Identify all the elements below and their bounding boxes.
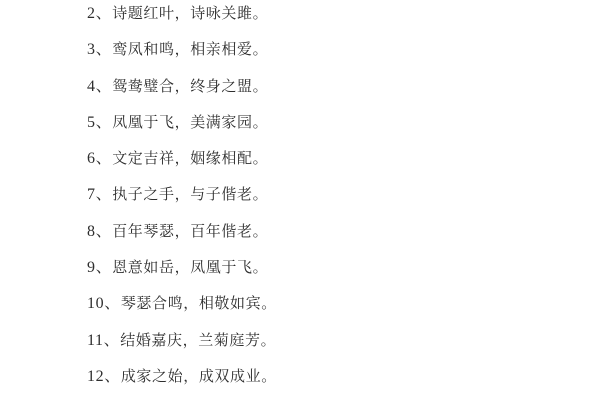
item-number: 8、 <box>87 220 112 244</box>
list-item: 10、琴瑟合鸣，相敬如宾。 <box>87 291 277 327</box>
item-number: 10、 <box>87 292 121 316</box>
item-number: 11、 <box>87 329 120 353</box>
list-item: 6、文定吉祥，姻缘相配。 <box>87 146 277 182</box>
item-number: 12、 <box>87 365 121 389</box>
item-text: 文定吉祥，姻缘相配。 <box>112 149 268 167</box>
item-number: 6、 <box>87 147 112 171</box>
item-text: 结婚嘉庆，兰菊庭芳。 <box>120 331 276 349</box>
item-number: 4、 <box>87 75 112 99</box>
list-item: 2、诗题红叶，诗咏关雎。 <box>87 1 277 37</box>
list-item: 8、百年琴瑟，百年偕老。 <box>87 219 277 255</box>
list-item: 9、恩意如岳，凤凰于飞。 <box>87 255 277 291</box>
list-item: 5、凤凰于飞，美满家园。 <box>87 110 277 146</box>
item-text: 诗题红叶，诗咏关雎。 <box>112 4 268 22</box>
list-item: 4、鸳鸯璧合，终身之盟。 <box>87 74 277 110</box>
document-page: 2、诗题红叶，诗咏关雎。 3、鸾凤和鸣，相亲相爱。 4、鸳鸯璧合，终身之盟。 5… <box>0 0 600 400</box>
item-text: 鸾凤和鸣，相亲相爱。 <box>112 40 268 58</box>
blessing-list: 2、诗题红叶，诗咏关雎。 3、鸾凤和鸣，相亲相爱。 4、鸳鸯璧合，终身之盟。 5… <box>87 1 277 400</box>
item-number: 3、 <box>87 38 112 62</box>
item-text: 恩意如岳，凤凰于飞。 <box>112 258 268 276</box>
list-item: 3、鸾凤和鸣，相亲相爱。 <box>87 37 277 73</box>
item-text: 百年琴瑟，百年偕老。 <box>112 222 268 240</box>
list-item: 12、成家之始，成双成业。 <box>87 364 277 400</box>
item-number: 5、 <box>87 111 112 135</box>
item-text: 凤凰于飞，美满家园。 <box>112 113 268 131</box>
list-item: 7、执子之手，与子偕老。 <box>87 182 277 218</box>
item-text: 鸳鸯璧合，终身之盟。 <box>112 77 268 95</box>
item-number: 9、 <box>87 256 112 280</box>
item-text: 执子之手，与子偕老。 <box>112 185 268 203</box>
item-text: 琴瑟合鸣，相敬如宾。 <box>121 294 277 312</box>
list-item: 11、结婚嘉庆，兰菊庭芳。 <box>87 328 277 364</box>
item-number: 7、 <box>87 183 112 207</box>
item-number: 2、 <box>87 2 112 26</box>
item-text: 成家之始，成双成业。 <box>121 367 277 385</box>
